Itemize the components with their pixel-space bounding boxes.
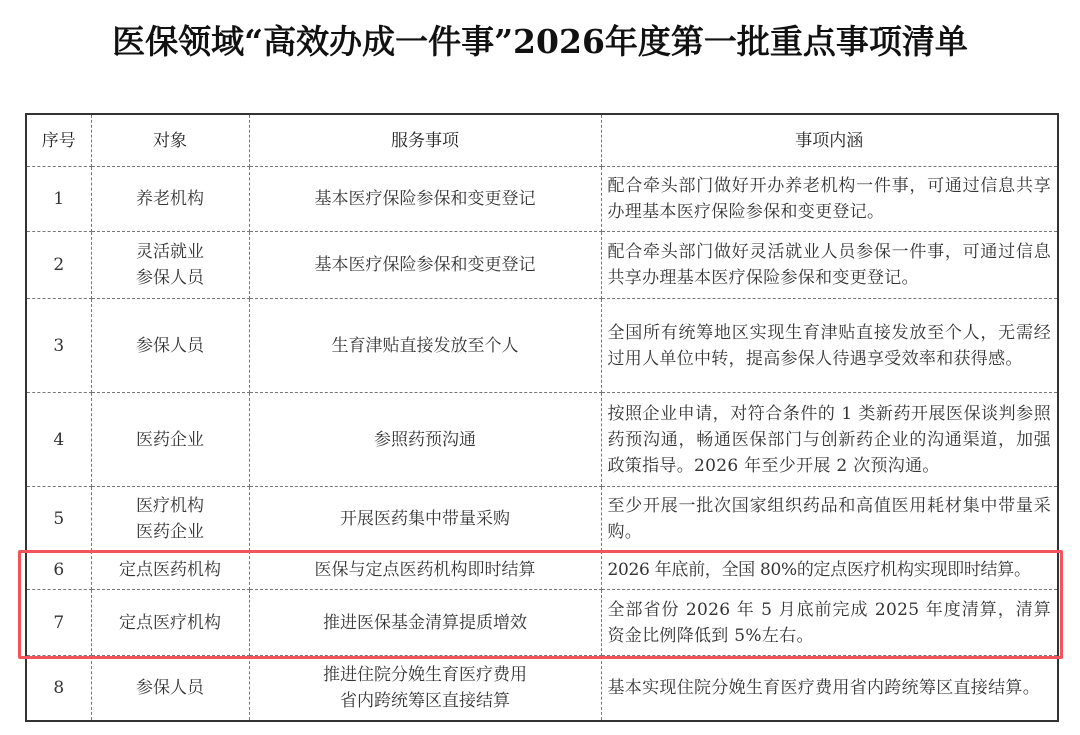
cell-service: 推进医保基金清算提质增效 xyxy=(249,590,601,656)
cell-content: 基本实现住院分娩生育医疗费用省内跨统筹区直接结算。 xyxy=(601,656,1058,721)
table-row: 1 养老机构 基本医疗保险参保和变更登记 配合牵头部门做好开办养老机构一件事，可… xyxy=(26,167,1058,232)
header-seq: 序号 xyxy=(26,114,91,167)
cell-content: 按照企业申请，对符合条件的 1 类新药开展医保谈判参照药预沟通，畅通医保部门与创… xyxy=(601,393,1058,487)
cell-content: 配合牵头部门做好开办养老机构一件事，可通过信息共享办理基本医疗保险参保和变更登记… xyxy=(601,167,1058,232)
cell-content: 全国所有统筹地区实现生育津贴直接发放至个人，无需经过用人单位中转，提高参保人待遇… xyxy=(601,299,1058,393)
cell-target: 定点医疗机构 xyxy=(91,590,249,656)
cell-target: 医疗机构医药企业 xyxy=(91,487,249,551)
cell-target: 参保人员 xyxy=(91,656,249,721)
cell-seq: 2 xyxy=(26,232,91,299)
header-content: 事项内涵 xyxy=(601,114,1058,167)
cell-seq: 7 xyxy=(26,590,91,656)
table-row: 8 参保人员 推进住院分娩生育医疗费用省内跨统筹区直接结算 基本实现住院分娩生育… xyxy=(26,656,1058,721)
cell-target: 养老机构 xyxy=(91,167,249,232)
table-row: 3 参保人员 生育津贴直接发放至个人 全国所有统筹地区实现生育津贴直接发放至个人… xyxy=(26,299,1058,393)
table-header-row: 序号 对象 服务事项 事项内涵 xyxy=(26,114,1058,167)
cell-target: 参保人员 xyxy=(91,299,249,393)
header-service: 服务事项 xyxy=(249,114,601,167)
table-row: 5 医疗机构医药企业 开展医药集中带量采购 至少开展一批次国家组织药品和高值医用… xyxy=(26,487,1058,551)
cell-target: 灵活就业参保人员 xyxy=(91,232,249,299)
cell-service: 医保与定点医药机构即时结算 xyxy=(249,551,601,590)
header-target: 对象 xyxy=(91,114,249,167)
cell-content: 2026 年底前，全国 80%的定点医疗机构实现即时结算。 xyxy=(601,551,1058,590)
cell-service: 基本医疗保险参保和变更登记 xyxy=(249,232,601,299)
cell-seq: 8 xyxy=(26,656,91,721)
document-title: 医保领域“高效办成一件事”2026年度第一批重点事项清单 xyxy=(0,20,1080,64)
cell-seq: 5 xyxy=(26,487,91,551)
cell-seq: 6 xyxy=(26,551,91,590)
cell-service: 推进住院分娩生育医疗费用省内跨统筹区直接结算 xyxy=(249,656,601,721)
cell-service: 参照药预沟通 xyxy=(249,393,601,487)
table-row: 4 医药企业 参照药预沟通 按照企业申请，对符合条件的 1 类新药开展医保谈判参… xyxy=(26,393,1058,487)
cell-content: 全部省份 2026 年 5 月底前完成 2025 年度清算，清算资金比例降低到 … xyxy=(601,590,1058,656)
cell-service: 开展医药集中带量采购 xyxy=(249,487,601,551)
cell-service: 基本医疗保险参保和变更登记 xyxy=(249,167,601,232)
table-row-highlighted: 6 定点医药机构 医保与定点医药机构即时结算 2026 年底前，全国 80%的定… xyxy=(26,551,1058,590)
cell-seq: 1 xyxy=(26,167,91,232)
key-items-table: 序号 对象 服务事项 事项内涵 1 养老机构 基本医疗保险参保和变更登记 配合牵… xyxy=(25,113,1059,722)
table-row: 2 灵活就业参保人员 基本医疗保险参保和变更登记 配合牵头部门做好灵活就业人员参… xyxy=(26,232,1058,299)
cell-target: 医药企业 xyxy=(91,393,249,487)
cell-target: 定点医药机构 xyxy=(91,551,249,590)
cell-content: 至少开展一批次国家组织药品和高值医用耗材集中带量采购。 xyxy=(601,487,1058,551)
cell-service: 生育津贴直接发放至个人 xyxy=(249,299,601,393)
cell-seq: 4 xyxy=(26,393,91,487)
cell-content: 配合牵头部门做好灵活就业人员参保一件事，可通过信息共享办理基本医疗保险参保和变更… xyxy=(601,232,1058,299)
cell-seq: 3 xyxy=(26,299,91,393)
table-row-highlighted: 7 定点医疗机构 推进医保基金清算提质增效 全部省份 2026 年 5 月底前完… xyxy=(26,590,1058,656)
